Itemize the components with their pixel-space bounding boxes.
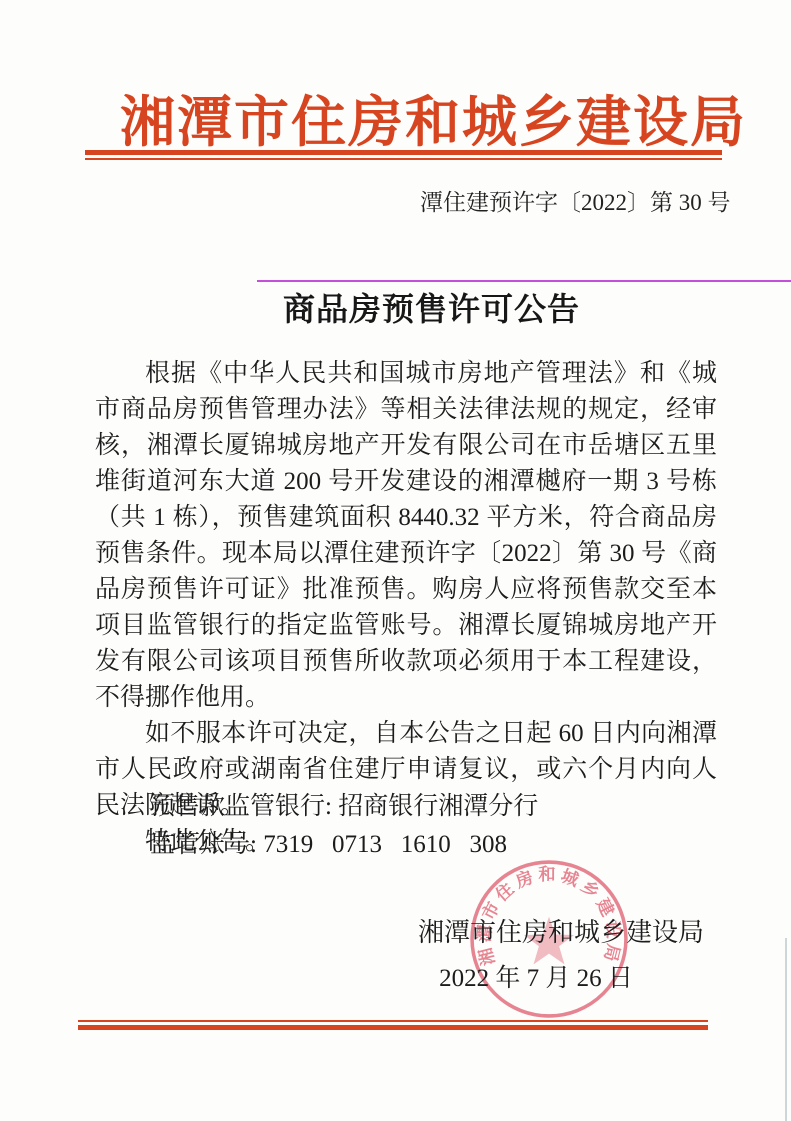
supervising-bank-line: 预售款监管银行: 招商银行湘潭分行 [95, 788, 717, 826]
scan-artifact-line [257, 280, 791, 282]
header-rule-thin [85, 158, 722, 160]
signature-agency-name: 湘潭市住房和城乡建设局 [418, 912, 654, 949]
footer-rule-thick [78, 1025, 708, 1030]
body-paragraph: 根据《中华人民共和国城市房地产管理法》和《城市商品房预售管理办法》等相关法律法规… [95, 356, 717, 716]
document-page: 湘潭市住房和城乡建设局 潭住建预许字〔2022〕第 30 号 商品房预售许可公告… [0, 0, 791, 1121]
notice-body: 根据《中华人民共和国城市房地产管理法》和《城市商品房预售管理办法》等相关法律法规… [95, 356, 717, 860]
footer-rule-thin [78, 1020, 708, 1022]
agency-letterhead-title: 湘潭市住房和城乡建设局 [120, 78, 710, 157]
header-rule-thick [85, 150, 722, 155]
document-number: 潭住建预许字〔2022〕第 30 号 [420, 184, 731, 217]
bank-info-block: 预售款监管银行: 招商银行湘潭分行 监管账号: 7319 0713 1610 3… [95, 788, 717, 864]
notice-title: 商品房预售许可公告 [283, 284, 580, 330]
signature-block: 湘潭市住房和城乡建设局 2022 年 7 月 26 日 [418, 912, 654, 994]
signature-date: 2022 年 7 月 26 日 [418, 958, 654, 994]
scan-edge-artifact [785, 938, 787, 1121]
